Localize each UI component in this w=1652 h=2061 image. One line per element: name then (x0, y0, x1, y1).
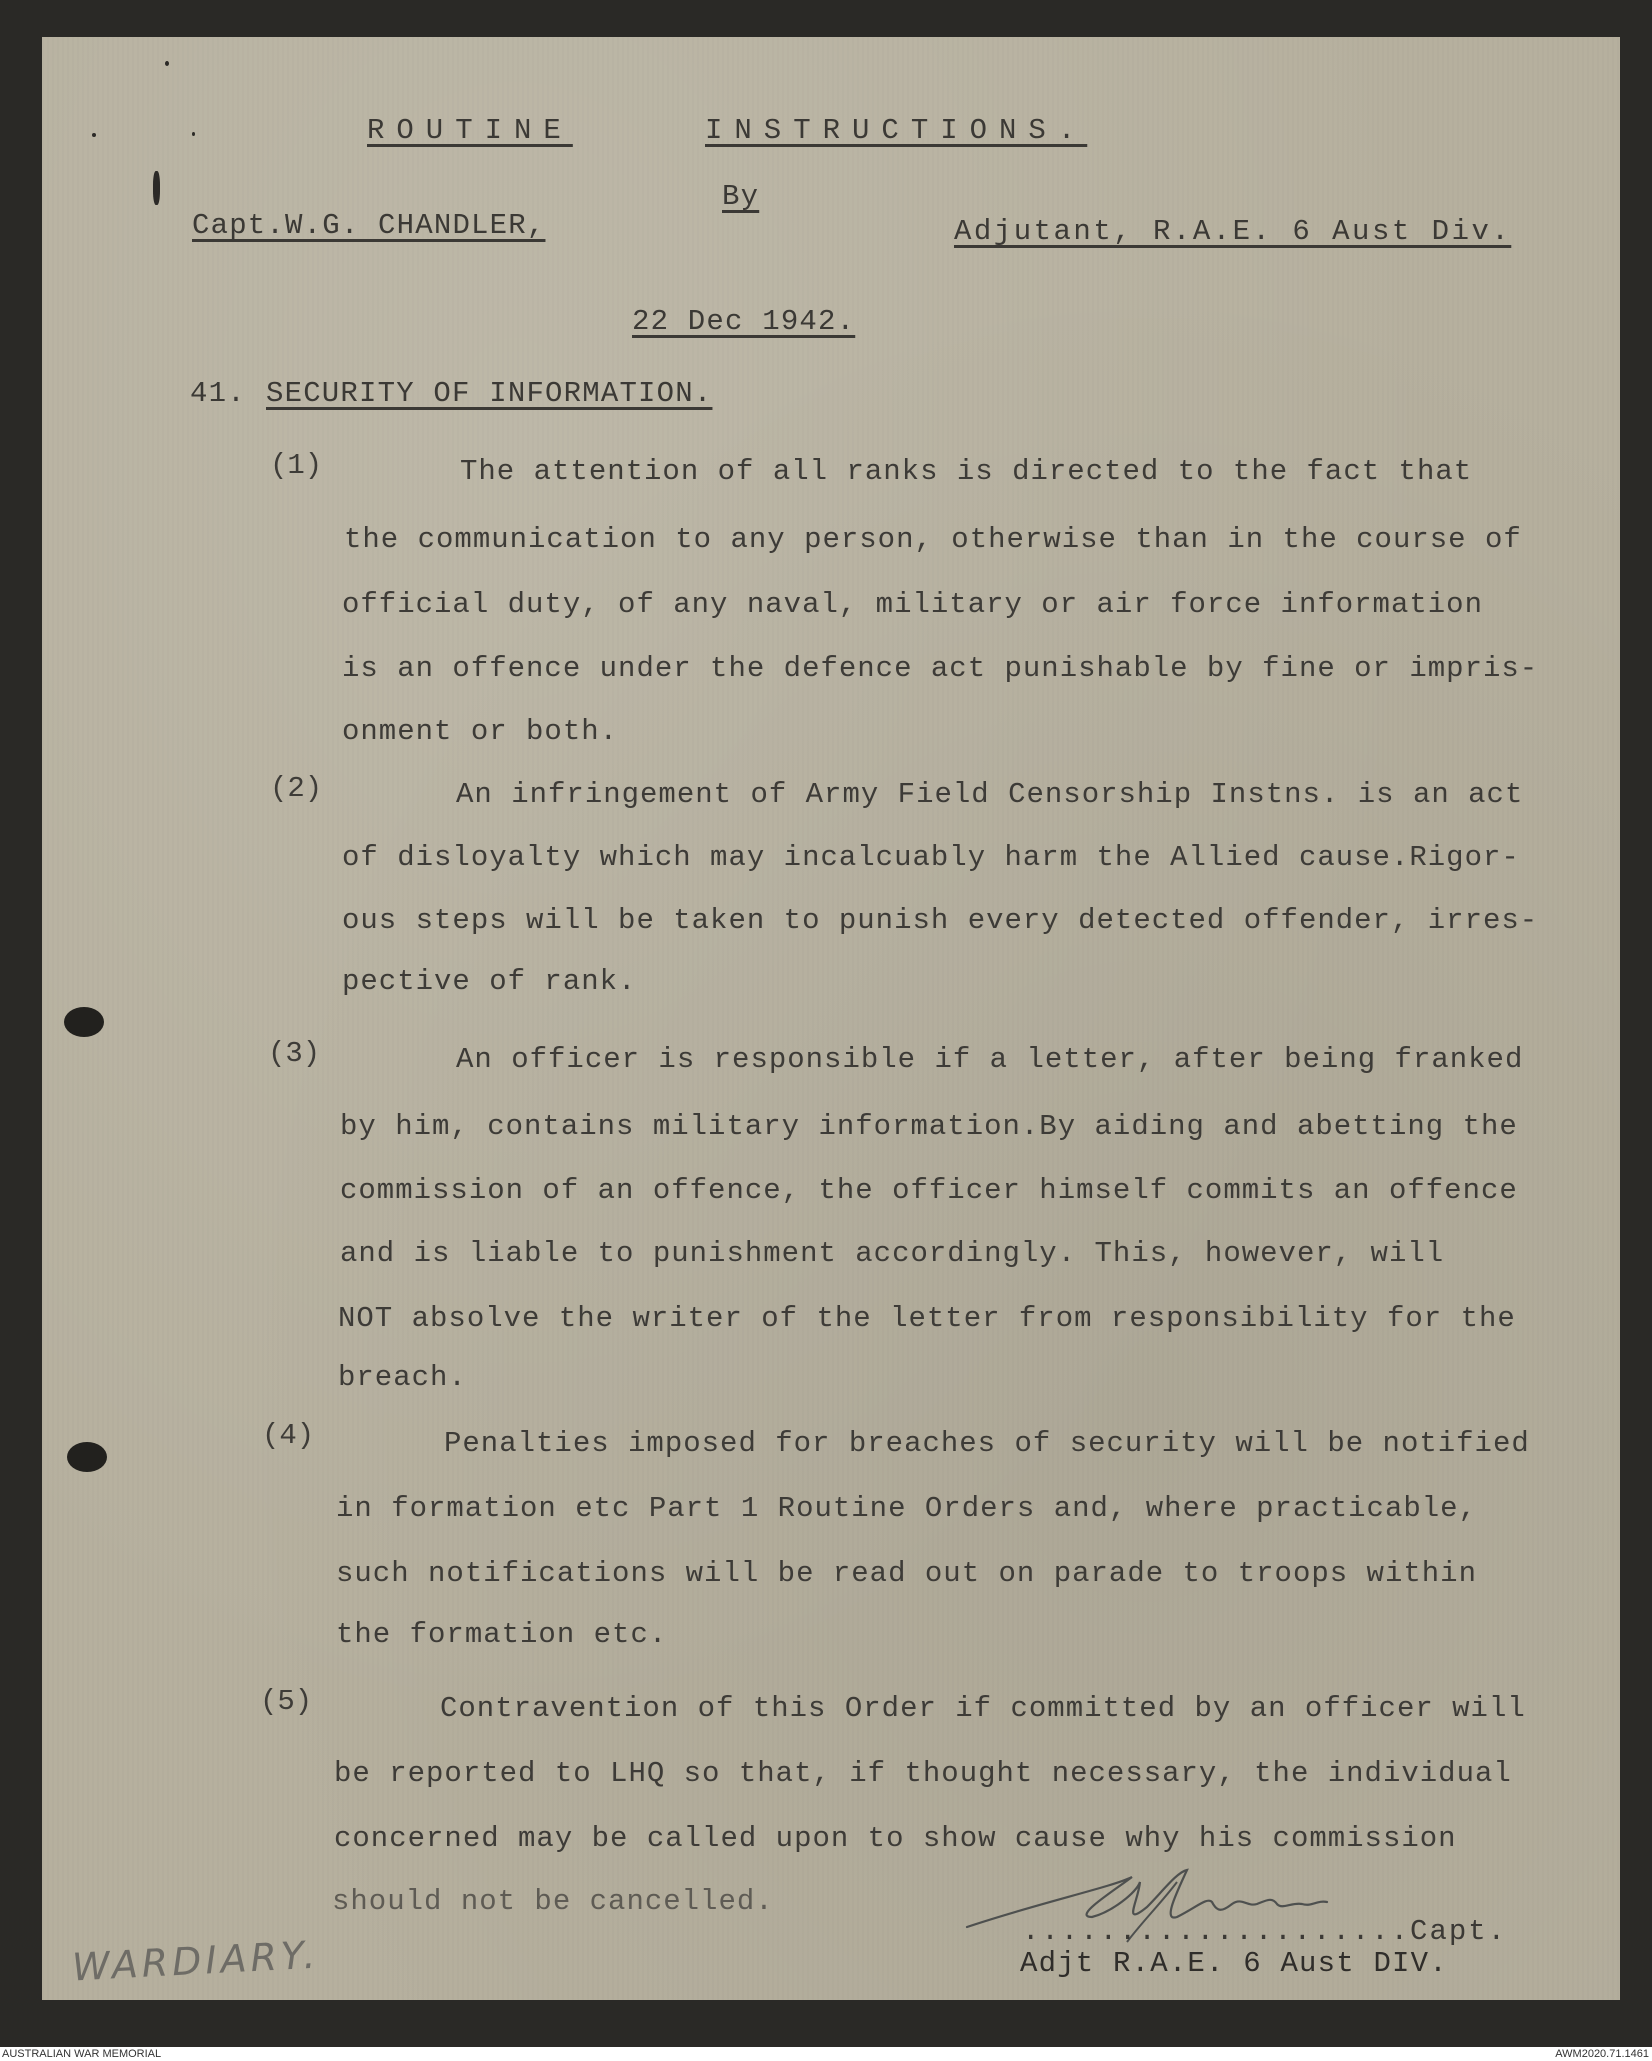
paragraph-line: by him, contains military information.By… (340, 1110, 1518, 1143)
paragraph-line: Penalties imposed for breaches of securi… (444, 1427, 1530, 1460)
signature-block: Adjt R.A.E. 6 Aust DIV. (1020, 1947, 1448, 1980)
heading-title-word-1: ROUTINE (367, 114, 573, 147)
heading-by: By (722, 180, 759, 213)
paragraph-number: (2) (270, 772, 322, 805)
footer-institution: AUSTRALIAN WAR MEMORIAL (2, 2047, 161, 2061)
paragraph-number: (3) (268, 1037, 320, 1070)
author-role: Adjutant, R.A.E. 6 Aust Div. (954, 215, 1511, 248)
paragraph-line: be reported to LHQ so that, if thought n… (334, 1757, 1512, 1790)
punch-hole-upper (64, 1007, 104, 1037)
paper-mark (92, 133, 96, 137)
paragraph-line: is an offence under the defence act puni… (342, 652, 1538, 685)
paragraph-line: Contravention of this Order if committed… (440, 1692, 1526, 1725)
paragraph-line: in formation etc Part 1 Routine Orders a… (336, 1492, 1477, 1525)
paragraph-line: such notifications will be read out on p… (336, 1557, 1477, 1590)
section-title: SECURITY OF INFORMATION. (266, 377, 712, 410)
paragraph-number: (4) (262, 1419, 314, 1452)
punch-hole-lower (67, 1442, 107, 1472)
paragraph-line: breach. (338, 1361, 467, 1394)
paragraph-line: The attention of all ranks is directed t… (460, 455, 1472, 488)
paragraph-line: ous steps will be taken to punish every … (342, 904, 1538, 937)
footer-accession-number: AWM2020.71.1461 (1555, 2047, 1649, 2061)
paper-mark (165, 61, 169, 66)
document-page: ROUTINE INSTRUCTIONS. By Capt.W.G. CHAND… (42, 37, 1620, 2000)
paragraph-line: the communication to any person, otherwi… (344, 523, 1522, 556)
document-date: 22 Dec 1942. (632, 305, 855, 338)
author-name: Capt.W.G. CHANDLER, (192, 209, 545, 242)
paragraph-number: (1) (270, 449, 322, 482)
heading-title-word-2: INSTRUCTIONS. (705, 114, 1087, 147)
paragraph-line: An officer is responsible if a letter, a… (456, 1043, 1523, 1076)
pencil-annotation: WARDIARY. (71, 1933, 320, 1990)
paragraph-line: NOT absolve the writer of the letter fro… (338, 1302, 1516, 1335)
paragraph-line: concerned may be called upon to show cau… (334, 1822, 1457, 1855)
paragraph-line: pective of rank. (342, 965, 636, 998)
section-number: 41. (190, 377, 246, 410)
paragraph-line: onment or both. (342, 715, 618, 748)
paragraph-line: of disloyalty which may incalcuably harm… (342, 841, 1520, 874)
paragraph-number: (5) (260, 1685, 312, 1718)
paper-mark (192, 132, 195, 136)
paper-tear (153, 171, 160, 205)
paragraph-line: should not be cancelled. (332, 1885, 774, 1918)
paragraph-line: the formation etc. (336, 1618, 667, 1651)
paragraph-line: An infringement of Army Field Censorship… (456, 778, 1523, 811)
paragraph-line: official duty, of any naval, military or… (342, 588, 1483, 621)
signature-dotted-line: ....................Capt. (1022, 1915, 1507, 1948)
paragraph-line: commission of an offence, the officer hi… (340, 1174, 1518, 1207)
paragraph-line: and is liable to punishment accordingly.… (340, 1237, 1444, 1270)
